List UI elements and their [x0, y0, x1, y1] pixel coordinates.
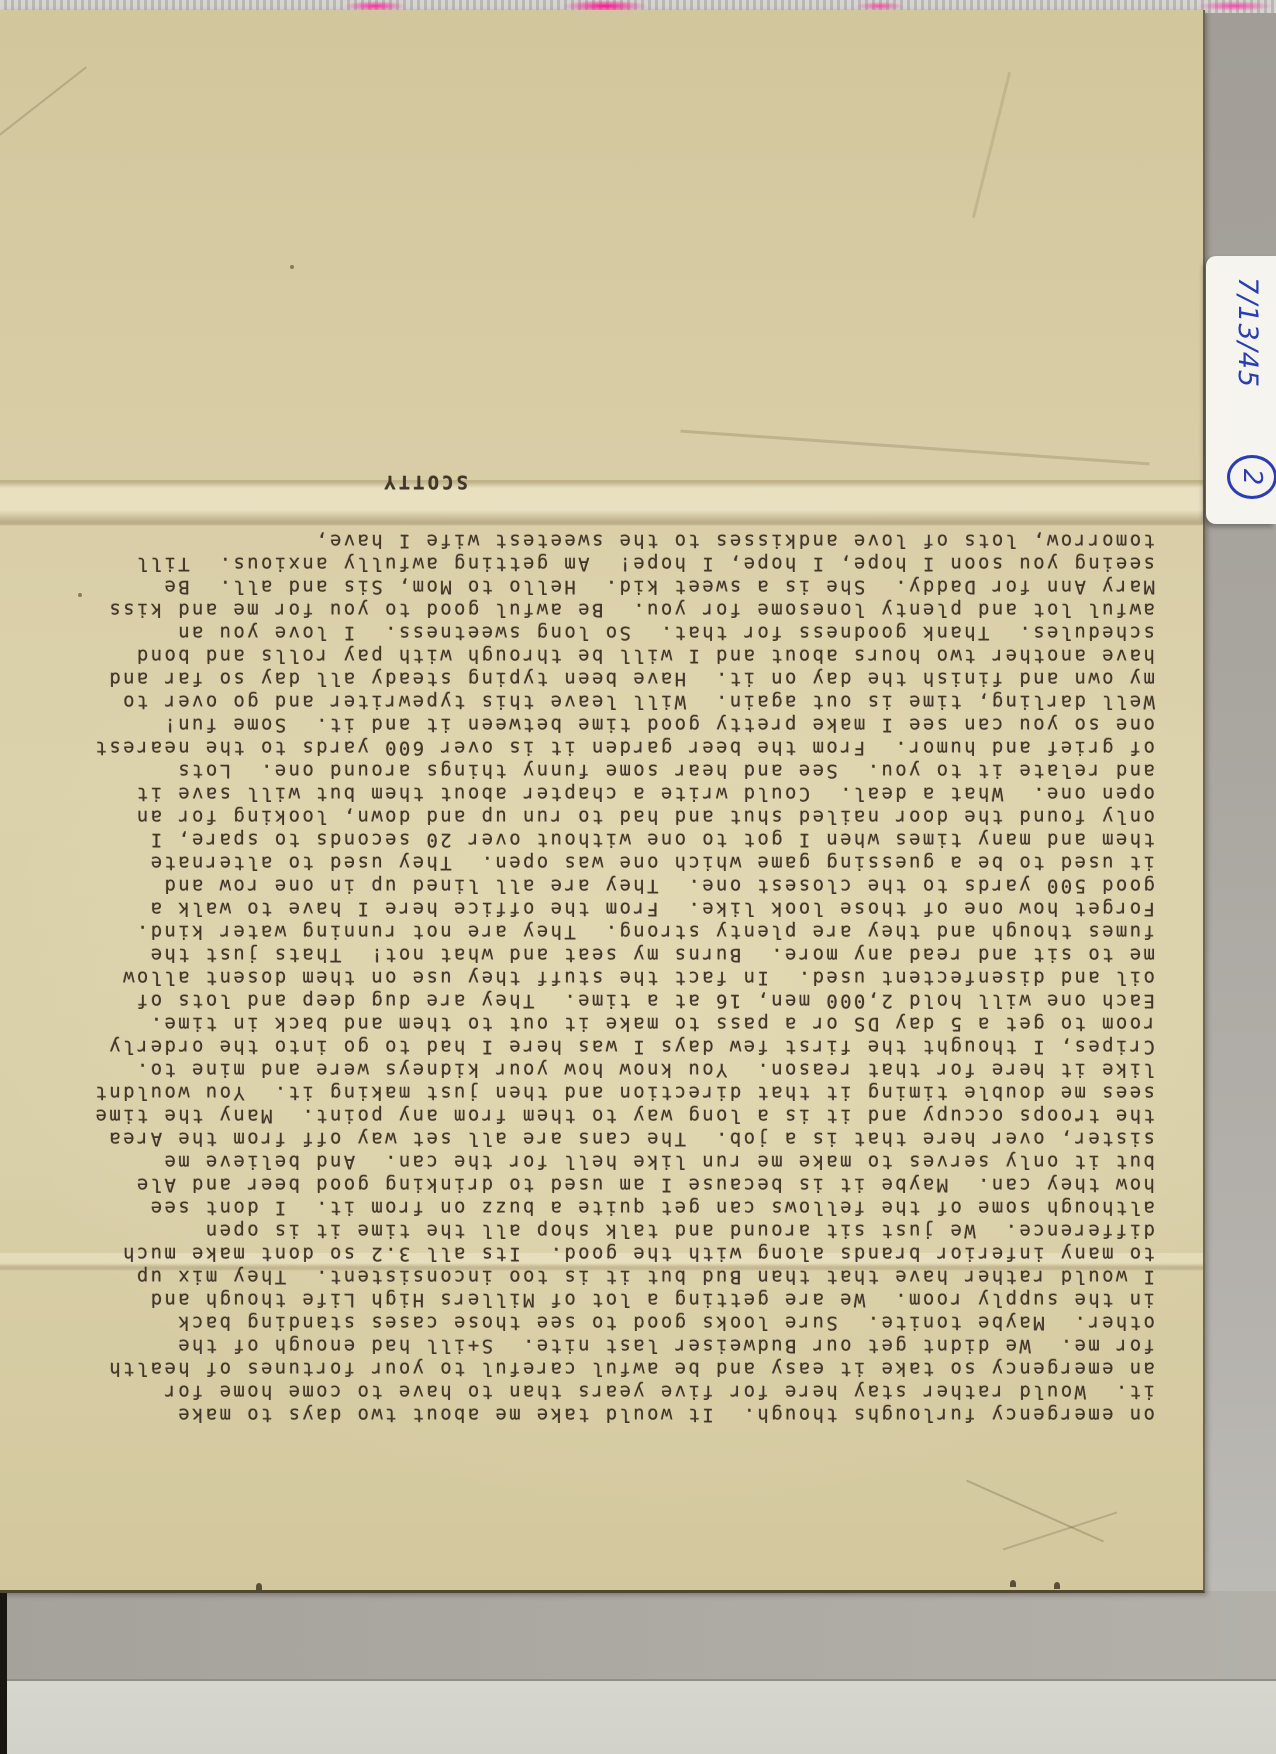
letter-line: my own and finish the day on it. Have be… — [57, 667, 1155, 690]
label-date-handwritten: 7/13/45 — [1223, 277, 1263, 407]
letter-line: Each one will hold 2,000 men, 16 at a ti… — [57, 989, 1155, 1012]
letter-line: me to sit and read any more. Burns my se… — [57, 943, 1155, 966]
letter-line: and relate it to you. See and hear some … — [57, 759, 1155, 782]
wrinkle-crease — [0, 66, 87, 135]
letter-line: Forget how one of those look like. From … — [57, 897, 1155, 920]
letter-line: room to get a 5 day DS or a pass to make… — [57, 1012, 1155, 1035]
scanned-letter-photo: on emergency furloughs though. It would … — [0, 0, 1276, 1754]
letter-line: I would rather have that than Bud but it… — [57, 1265, 1155, 1288]
letter-line: have another two hours about and I will … — [57, 644, 1155, 667]
letter-line: for me. We didnt get our Budweiser last … — [57, 1334, 1155, 1357]
letter-line: seeing you soon I hope, I hope, I hope! … — [57, 552, 1155, 575]
letter-line: one so you can see I make pretty good ti… — [57, 713, 1155, 736]
letter-line: it used to be a guessing game which one … — [57, 851, 1155, 874]
letter-line: oil and disenfectent used. In fact the s… — [57, 966, 1155, 989]
wrinkle-crease — [972, 72, 1011, 218]
letter-line: Well darling, time is out again. Will le… — [57, 690, 1155, 713]
letter-line: an emergency so take it easy and be awfu… — [57, 1357, 1155, 1380]
scanner-background-bottom — [0, 1591, 1276, 1681]
paper-nick — [1054, 1582, 1060, 1589]
letter-line: like it here for that reason. You know h… — [57, 1058, 1155, 1081]
paper-nick — [1010, 1580, 1016, 1587]
paper-speck — [290, 265, 294, 269]
scanner-background-bottom-light — [0, 1681, 1276, 1754]
letter-text-upside-down: on emergency furloughs though. It would … — [57, 468, 1155, 1426]
wrinkle-crease — [966, 1480, 1104, 1543]
letter-line: it. Would rather stay here for five year… — [57, 1380, 1155, 1403]
letter-line: schedules. Thank goodness for that. So l… — [57, 621, 1155, 644]
letter-line: in the supply room. We are getting a lot… — [57, 1288, 1155, 1311]
letter-line: but it only serves to make me run like h… — [57, 1150, 1155, 1173]
letter-line: only found the door nailed shut and had … — [57, 805, 1155, 828]
letter-line: the troops occupy and it is a long way t… — [57, 1104, 1155, 1127]
letter-line: sister, over here that is a job. The can… — [57, 1127, 1155, 1150]
archive-label: 7/13/45 2 — [1206, 256, 1276, 524]
wrinkle-crease — [1003, 1512, 1118, 1551]
letter-line: on emergency furloughs though. It would … — [57, 1403, 1155, 1426]
letter-line: difference. We just sit around and talk … — [57, 1219, 1155, 1242]
paper-nick — [256, 1583, 262, 1590]
letter-line: of grief and humor. From the beer garden… — [57, 736, 1155, 759]
scanner-background-right — [1203, 13, 1276, 1591]
letter-line: open one. What a deal. Could write a cha… — [57, 782, 1155, 805]
letter-line: tomorrow, lots of love andkisses to the … — [57, 529, 1155, 552]
label-page-number-circled: 2 — [1227, 455, 1276, 499]
letter-line: awful lot and plenty lonesome for you. B… — [57, 598, 1155, 621]
letter-line: fumes though and they are plenty strong.… — [57, 920, 1155, 943]
letter-line: how they can. Maybe it is because I am u… — [57, 1173, 1155, 1196]
letter-line: good 500 yards to the closest one. They … — [57, 874, 1155, 897]
signature-scotty: SCOTTY — [57, 470, 468, 493]
letter-line: sees me double timing it that direction … — [57, 1081, 1155, 1104]
letter-line: although some of the fellows can get qui… — [57, 1196, 1155, 1219]
wrinkle-crease — [680, 430, 1149, 466]
letter-body: on emergency furloughs though. It would … — [57, 529, 1155, 1426]
letter-line: them and many times when I got to one wi… — [57, 828, 1155, 851]
letter-line: to many inferior brands along with the g… — [57, 1242, 1155, 1265]
letter-line: other. Maybe tonite. Sure looks good to … — [57, 1311, 1155, 1334]
letter-line: Mary Ann for Daddy. She is a sweet kid. … — [57, 575, 1155, 598]
letter-line: Cripes, I thought the first few days I w… — [57, 1035, 1155, 1058]
